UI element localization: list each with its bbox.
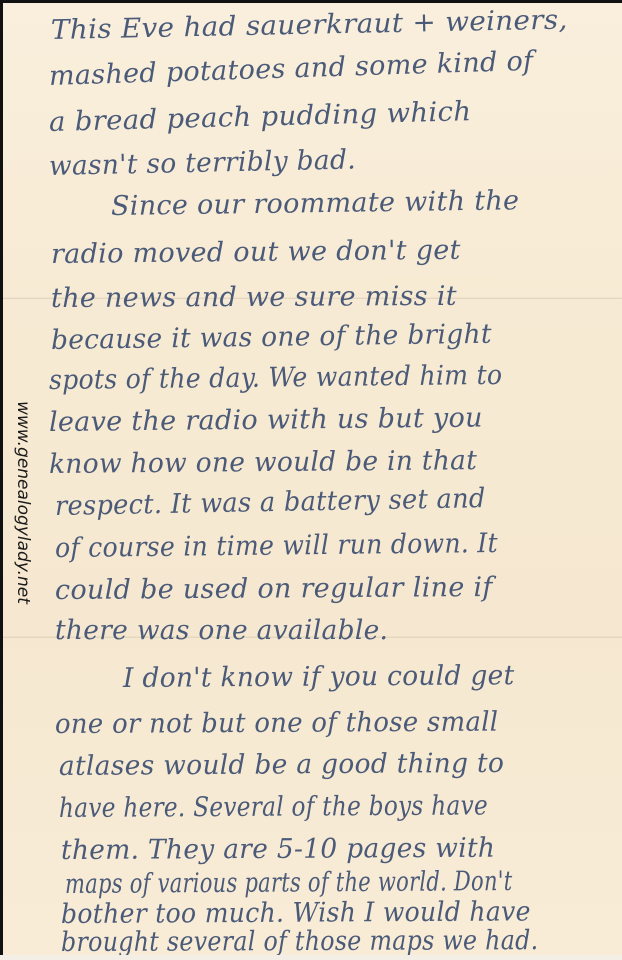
watermark-text: www.genealogylady.net [13,401,33,604]
handwritten-line: mashed potatoes and some kind of [49,46,534,92]
handwritten-line: the news and we sure miss it [51,281,457,314]
handwritten-line: respect. It was a battery set and [55,483,486,522]
handwritten-line: a bread peach pudding which [49,96,472,138]
watermark: www.genealogylady.net [13,401,37,611]
handwritten-line: them. They are 5-10 pages with [61,833,495,866]
handwritten-line: atlases would be a good thing to [59,748,504,782]
handwritten-line: know how one would be in that [49,445,477,480]
letter-page: This Eve had sauerkraut + weiners, mashe… [3,3,622,955]
handwritten-line: there was one available. [55,615,388,646]
handwritten-line: This Eve had sauerkraut + weiners, [51,4,568,45]
handwritten-line: maps of various parts of the world. Don'… [65,866,513,900]
handwritten-line: wasn't so terribly bad. [49,144,356,182]
handwritten-line: because it was one of the bright [51,319,492,356]
scan-edge [0,955,622,960]
handwritten-line: one or not but one of those small [55,707,498,740]
handwritten-line: of course in time will run down. It [55,528,498,564]
handwritten-line: radio moved out we don't get [51,235,461,270]
handwritten-line: brought several of those maps we had. [61,925,539,955]
handwritten-line: leave the radio with us but you [49,402,483,438]
handwritten-line: could be used on regular line if [55,572,493,606]
handwritten-line: I don't know if you could get [123,660,515,694]
handwritten-line: have here. Several of the boys have [59,790,488,824]
handwritten-line: Since our roommate with the [111,185,520,222]
handwritten-line: spots of the day. We wanted him to [49,360,503,396]
